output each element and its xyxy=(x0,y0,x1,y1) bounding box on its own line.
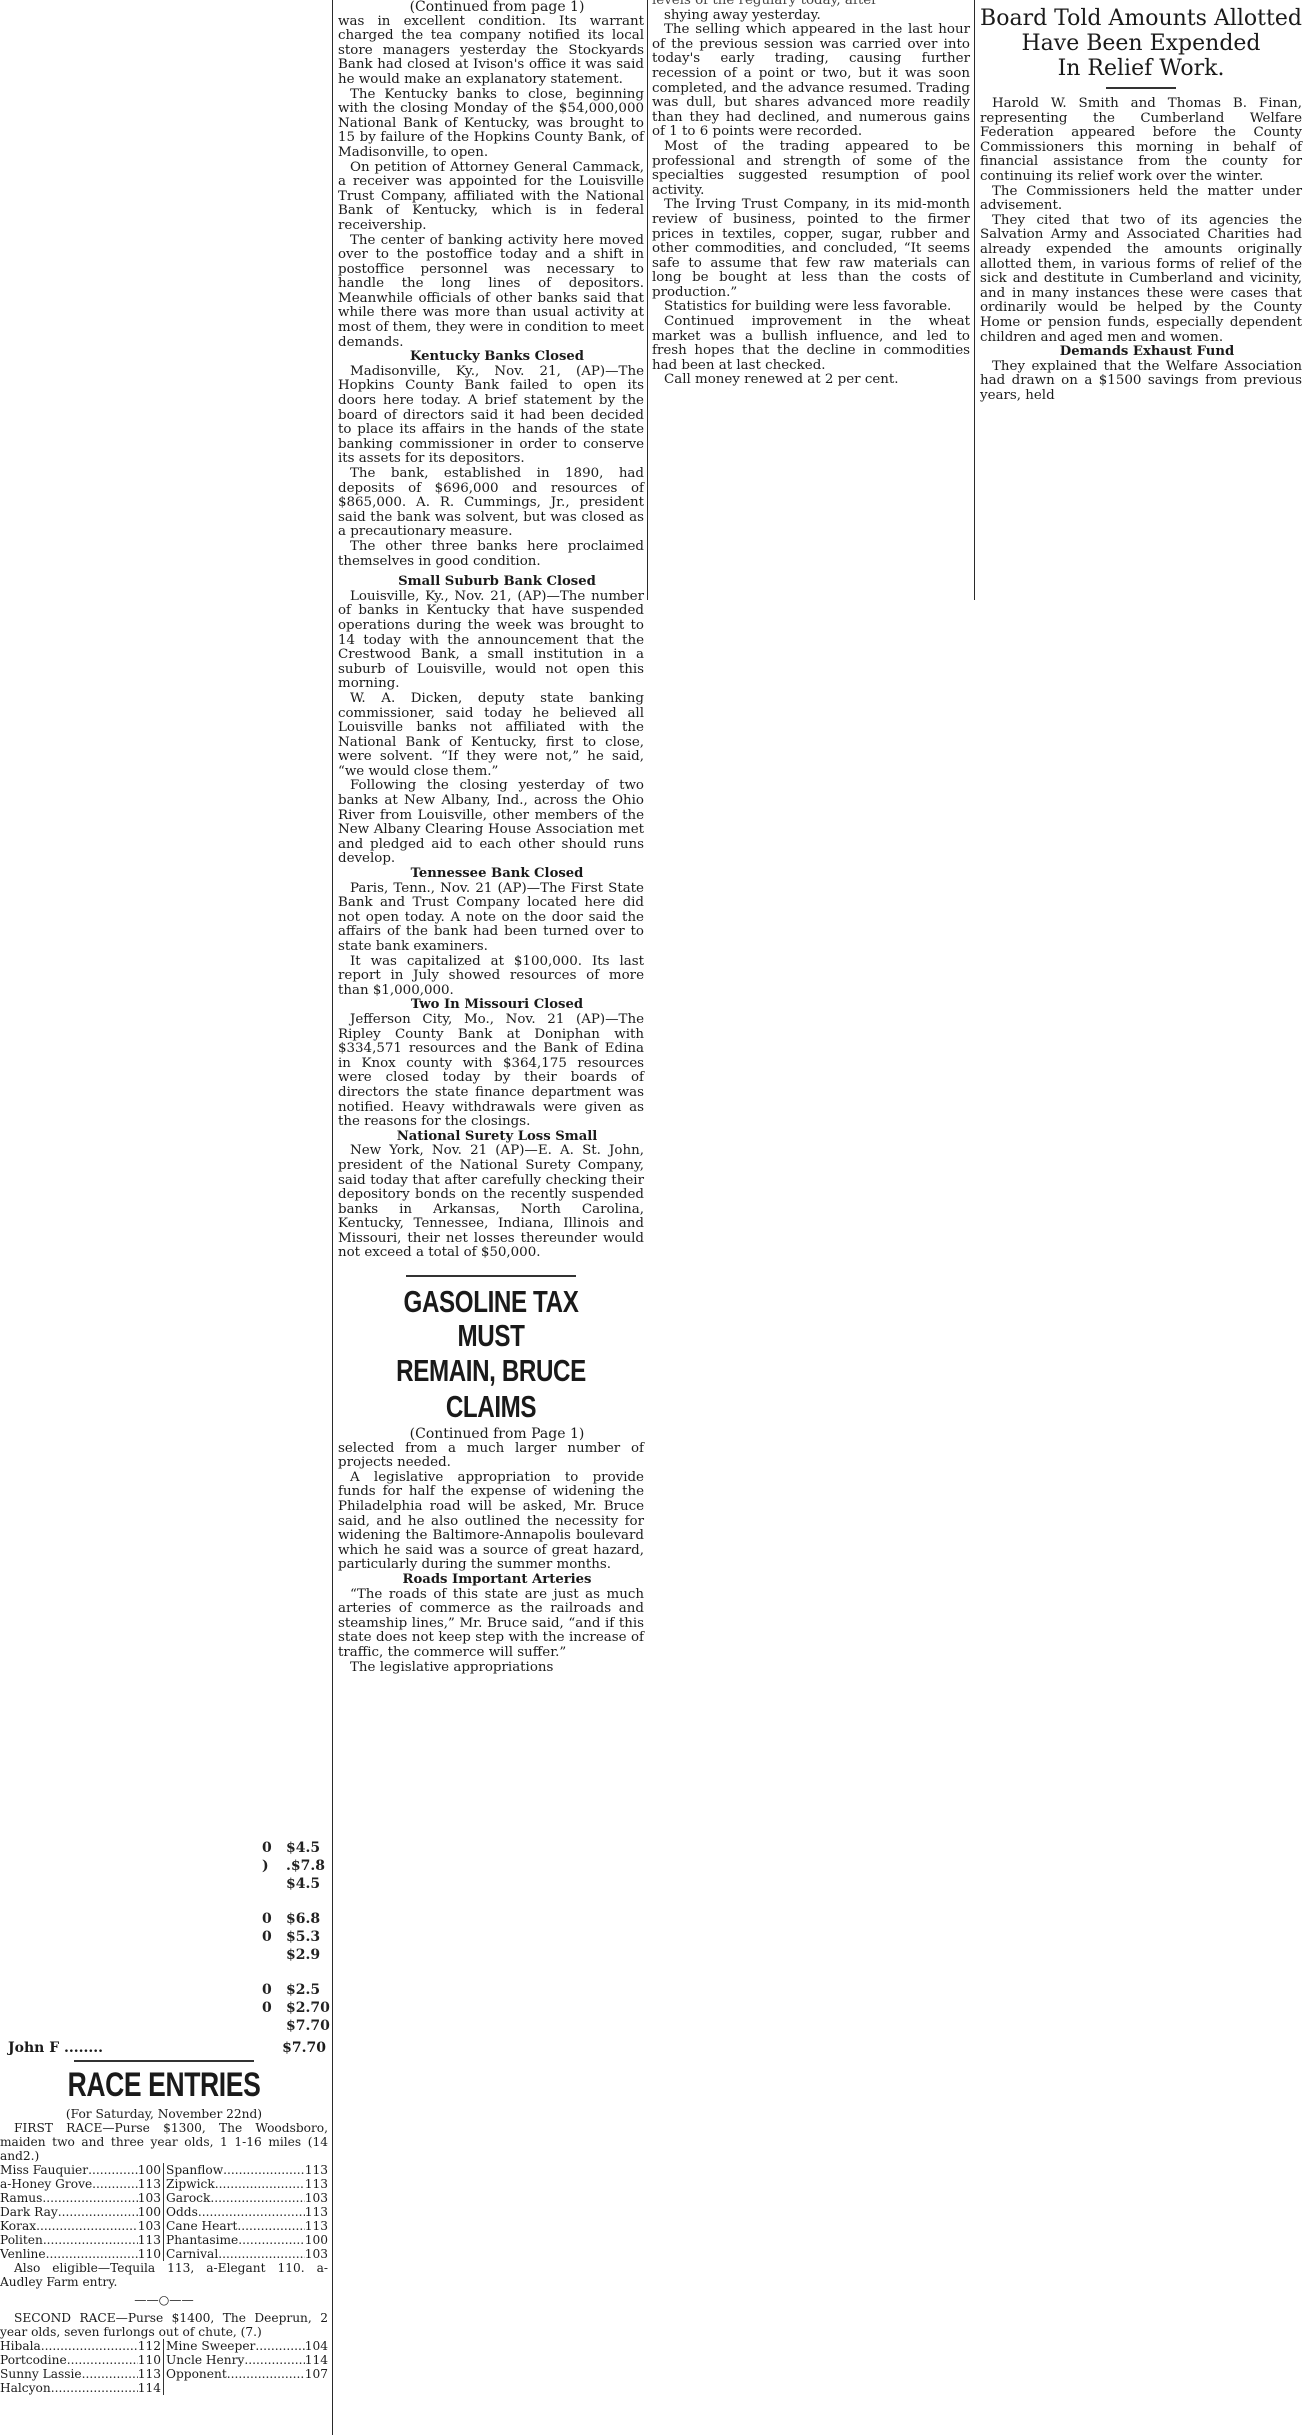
subhead-surety: National Surety Loss Small xyxy=(338,1130,644,1145)
paragraph: selected from a much larger number of pr… xyxy=(338,1442,644,1471)
race-entry: Carnival 103 xyxy=(164,2247,328,2261)
race-entry: Ramus 103 xyxy=(0,2191,164,2205)
race-entry: Hibala 112 xyxy=(0,2339,164,2353)
bank-paragraphs-tennessee: Paris, Tenn., Nov. 21 (AP)—The First Sta… xyxy=(338,882,644,999)
amount-value: .$7.8 xyxy=(286,1858,325,1874)
paragraph: The center of banking activity here move… xyxy=(338,234,644,351)
race-entry: Odds 113 xyxy=(164,2205,328,2219)
paragraph: A legislative appropriation to provide f… xyxy=(338,1471,644,1573)
gasoline-continued-line: (Continued from Page 1) xyxy=(338,1427,644,1442)
paragraph: The Irving Trust Company, in its mid-mon… xyxy=(652,198,970,300)
paragraph: “The roads of this state are just as muc… xyxy=(338,1588,644,1661)
second-race-entries: Hibala 112Mine Sweeper 104Portcodine 110… xyxy=(0,2339,328,2395)
first-race-entries: Miss Fauquier 100Spanflow 113a-Honey Gro… xyxy=(0,2163,328,2261)
ornament-divider: ——○—— xyxy=(0,2293,328,2307)
race-entry: Politen 113 xyxy=(0,2233,164,2247)
race-entry: Sunny Lassie 113 xyxy=(0,2367,164,2381)
paragraph: Harold W. Smith and Thomas B. Finan, rep… xyxy=(980,97,1302,185)
paragraph: Jefferson City, Mo., Nov. 21 (AP)—The Ri… xyxy=(338,1013,644,1130)
gasoline-paragraphs: selected from a much larger number of pr… xyxy=(338,1442,644,1573)
bank-paragraphs-surety: New York, Nov. 21 (AP)—E. A. St. John, p… xyxy=(338,1144,644,1261)
divider xyxy=(1106,87,1176,89)
amount-value: $4.5 xyxy=(286,1840,320,1856)
headline-line: Have Been Expended xyxy=(980,31,1302,56)
amount-value: $4.5 xyxy=(286,1876,320,1892)
headline-line: In Relief Work. xyxy=(980,56,1302,81)
amount-lead: 0 xyxy=(262,1911,272,1927)
subhead-roads: Roads Important Arteries xyxy=(338,1573,644,1588)
market-article: levels of the regulary today, after shyi… xyxy=(652,0,970,388)
amount-value: $2.70 xyxy=(286,2000,330,2016)
divider xyxy=(74,2060,254,2062)
amount-value: $6.8 xyxy=(286,1911,320,1927)
amount-lead: ) xyxy=(262,1858,269,1874)
column-rule xyxy=(974,0,975,600)
paragraph: Madisonville, Ky., Nov. 21, (AP)—The Hop… xyxy=(338,365,644,467)
paragraph: W. A. Dicken, deputy state banking commi… xyxy=(338,692,644,780)
amount-lead: 0 xyxy=(262,1840,272,1856)
race-entries-title: RACE ENTRIES xyxy=(36,2066,292,2104)
paragraph: Call money renewed at 2 per cent. xyxy=(652,373,970,388)
race-entry: Spanflow 113 xyxy=(164,2163,328,2177)
paragraph: It was capitalized at $100,000. Its last… xyxy=(338,955,644,999)
bank-paragraphs-suburb: Louisville, Ky., Nov. 21, (AP)—The numbe… xyxy=(338,590,644,867)
race-entry: a-Honey Grove 113 xyxy=(0,2177,164,2191)
continued-line: (Continued from page 1) xyxy=(338,0,644,15)
paragraph: shying away yesterday. xyxy=(652,9,970,24)
subhead-suburb: Small Suburb Bank Closed xyxy=(338,575,644,590)
headline-line: Board Told Amounts Allotted xyxy=(980,6,1302,31)
subhead-kentucky: Kentucky Banks Closed xyxy=(338,350,644,365)
paragraph: The legislative appropriations xyxy=(338,1661,644,1676)
gasoline-paragraphs-roads: “The roads of this state are just as muc… xyxy=(338,1588,644,1676)
paragraph: On petition of Attorney General Cammack,… xyxy=(338,161,644,234)
amount-value: $2.9 xyxy=(286,1947,320,1963)
race-entry: Phantasime 100 xyxy=(164,2233,328,2247)
gasoline-headline-2: REMAIN, BRUCE CLAIMS xyxy=(372,1353,611,1425)
amount-value: $2.5 xyxy=(286,1982,320,1998)
race-entries: RACE ENTRIES (For Saturday, November 22n… xyxy=(0,2035,328,2395)
relief-article: Board Told Amounts AllottedHave Been Exp… xyxy=(980,6,1302,403)
amount-lead: 0 xyxy=(262,2000,272,2016)
paragraph: They explained that the Welfare Associat… xyxy=(980,360,1302,404)
bank-article: (Continued from page 1) was in excellent… xyxy=(338,0,644,1675)
first-race-also-eligible: Also eligible—Tequila 113, a-Elegant 110… xyxy=(0,2261,328,2289)
relief-paragraphs-demands: They explained that the Welfare Associat… xyxy=(980,360,1302,404)
column-rule xyxy=(332,0,333,2435)
paragraph: Paris, Tenn., Nov. 21 (AP)—The First Sta… xyxy=(338,882,644,955)
race-entry: Venline 110 xyxy=(0,2247,164,2261)
amount-value: $7.70 xyxy=(286,2018,330,2034)
relief-paragraphs: Harold W. Smith and Thomas B. Finan, rep… xyxy=(980,97,1302,345)
gasoline-headline-1: GASOLINE TAX MUST xyxy=(372,1285,611,1353)
race-date: (For Saturday, November 22nd) xyxy=(0,2107,328,2121)
paragraph: Statistics for building were less favora… xyxy=(652,300,970,315)
market-paragraphs: shying away yesterday.The selling which … xyxy=(652,9,970,388)
race-entry: Portcodine 110 xyxy=(0,2353,164,2367)
subhead-missouri: Two In Missouri Closed xyxy=(338,998,644,1013)
divider xyxy=(406,1275,576,1277)
first-race-description: FIRST RACE—Purse $1300, The Woodsboro, m… xyxy=(0,2121,328,2163)
amount-value: $5.3 xyxy=(286,1929,320,1945)
race-entry: Halcyon 114 xyxy=(0,2381,164,2395)
relief-headline: Board Told Amounts AllottedHave Been Exp… xyxy=(980,6,1302,81)
race-entry: Opponent 107 xyxy=(164,2367,328,2381)
race-entry: Miss Fauquier 100 xyxy=(0,2163,164,2177)
amount-lead: 0 xyxy=(262,1982,272,1998)
race-entry: Dark Ray 100 xyxy=(0,2205,164,2219)
paragraph: They cited that two of its agencies the … xyxy=(980,214,1302,345)
race-entry: Mine Sweeper 104 xyxy=(164,2339,328,2353)
race-entry: Zipwick 113 xyxy=(164,2177,328,2191)
subhead-tennessee: Tennessee Bank Closed xyxy=(338,867,644,882)
second-race-description: SECOND RACE—Purse $1400, The Deeprun, 2 … xyxy=(0,2311,328,2339)
paragraph: Continued improvement in the wheat marke… xyxy=(652,315,970,373)
subhead-demands: Demands Exhaust Fund xyxy=(980,345,1302,360)
race-entry: Uncle Henry 114 xyxy=(164,2353,328,2367)
paragraph: Louisville, Ky., Nov. 21, (AP)—The numbe… xyxy=(338,590,644,692)
race-entry xyxy=(164,2381,328,2395)
race-entry: Cane Heart 113 xyxy=(164,2219,328,2233)
bank-paragraphs-missouri: Jefferson City, Mo., Nov. 21 (AP)—The Ri… xyxy=(338,1013,644,1130)
paragraph: The selling which appeared in the last h… xyxy=(652,23,970,140)
paragraph: The Commissioners held the matter under … xyxy=(980,185,1302,214)
paragraph: The other three banks here proclaimed th… xyxy=(338,540,644,569)
bank-paragraphs-kentucky: Madisonville, Ky., Nov. 21, (AP)—The Hop… xyxy=(338,365,644,569)
amount-lead: 0 xyxy=(262,1929,272,1945)
column-rule xyxy=(647,0,648,600)
paragraph: Following the closing yesterday of two b… xyxy=(338,779,644,867)
race-entry: Korax 103 xyxy=(0,2219,164,2233)
paragraph: Most of the trading appeared to be profe… xyxy=(652,140,970,198)
bank-paragraphs-intro: was in excellent condition. Its warrant … xyxy=(338,15,644,351)
race-entry: Garock 103 xyxy=(164,2191,328,2205)
paragraph: The Kentucky banks to close, beginning w… xyxy=(338,88,644,161)
paragraph: was in excellent condition. Its warrant … xyxy=(338,15,644,88)
paragraph: New York, Nov. 21 (AP)—E. A. St. John, p… xyxy=(338,1144,644,1261)
paragraph: The bank, established in 1890, had depos… xyxy=(338,467,644,540)
